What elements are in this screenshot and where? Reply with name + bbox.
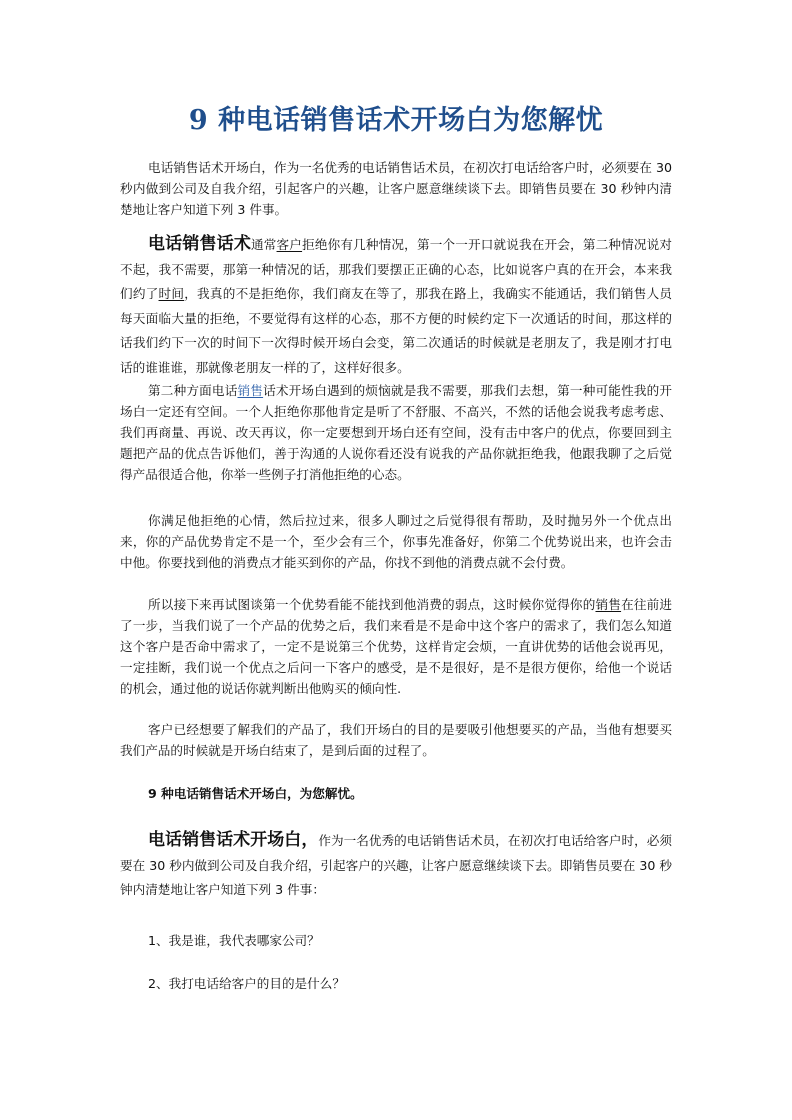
paragraph-text: ，我真的不是拒绝你，我们商友在等了，那我在路上，我确实不能通话，我们销售人员每天… (120, 286, 672, 375)
paragraph-text: 第二种方面电话 (148, 383, 238, 398)
keyword-link-sales-2[interactable]: 销售 (595, 597, 621, 612)
subheading: 9 种电话销售话术开场白，为您解忧。 (148, 783, 363, 802)
keyword-link-sales[interactable]: 销售 (238, 383, 264, 398)
paragraph-text: 通常 (251, 237, 277, 252)
paragraph-conclusion: 客户已经想要了解我们的产品了，我们开场白的目的是要吸引他想要买的产品，当他有想要… (120, 719, 672, 761)
paragraph-satisfy: 你满足他拒绝的心情，然后拉过来，很多人聊过之后觉得很有帮助，及时抛另外一个优点出… (120, 510, 672, 573)
lead-bold-phrase: 电话销售话术开场白， (148, 830, 318, 850)
keyword-link-time[interactable]: 时间 (159, 286, 185, 301)
keyword-link-customer[interactable]: 客户 (277, 237, 303, 252)
second-intro-paragraph: 电话销售话术开场白，作为一名优秀的电话销售话术员，在初次打电话给客户时，必须要在… (120, 828, 672, 903)
list-item: 1、我是谁，我代表哪家公司？ (148, 930, 320, 949)
paragraph-second-type: 第二种方面电话销售话术开场白遇到的烦恼就是我不需要，那我们去想，第一种可能性我的… (120, 380, 672, 485)
paragraph-refusal-types: 电话销售话术通常客户拒绝你有几种情况，第一个一开口就说我在开会，第二种情况说对不… (120, 232, 672, 380)
paragraph-next-advantage: 所以接下来再试图谈第一个优势看能不能找到他消费的弱点，这时候你觉得你的销售在往前… (120, 594, 672, 699)
document-title: 9 种电话销售话术开场白为您解忧 (0, 98, 792, 137)
intro-paragraph: 电话销售话术开场白，作为一名优秀的电话销售话术员，在初次打电话给客户时，必须要在… (120, 157, 672, 220)
lead-bold-phrase: 电话销售话术 (148, 234, 251, 254)
document-page: 9 种电话销售话术开场白为您解忧 电话销售话术开场白，作为一名优秀的电话销售话术… (0, 0, 792, 1120)
list-item: 2、我打电话给客户的目的是什么？ (148, 973, 345, 992)
paragraph-text: 所以接下来再试图谈第一个优势看能不能找到他消费的弱点，这时候你觉得你的 (148, 597, 595, 612)
